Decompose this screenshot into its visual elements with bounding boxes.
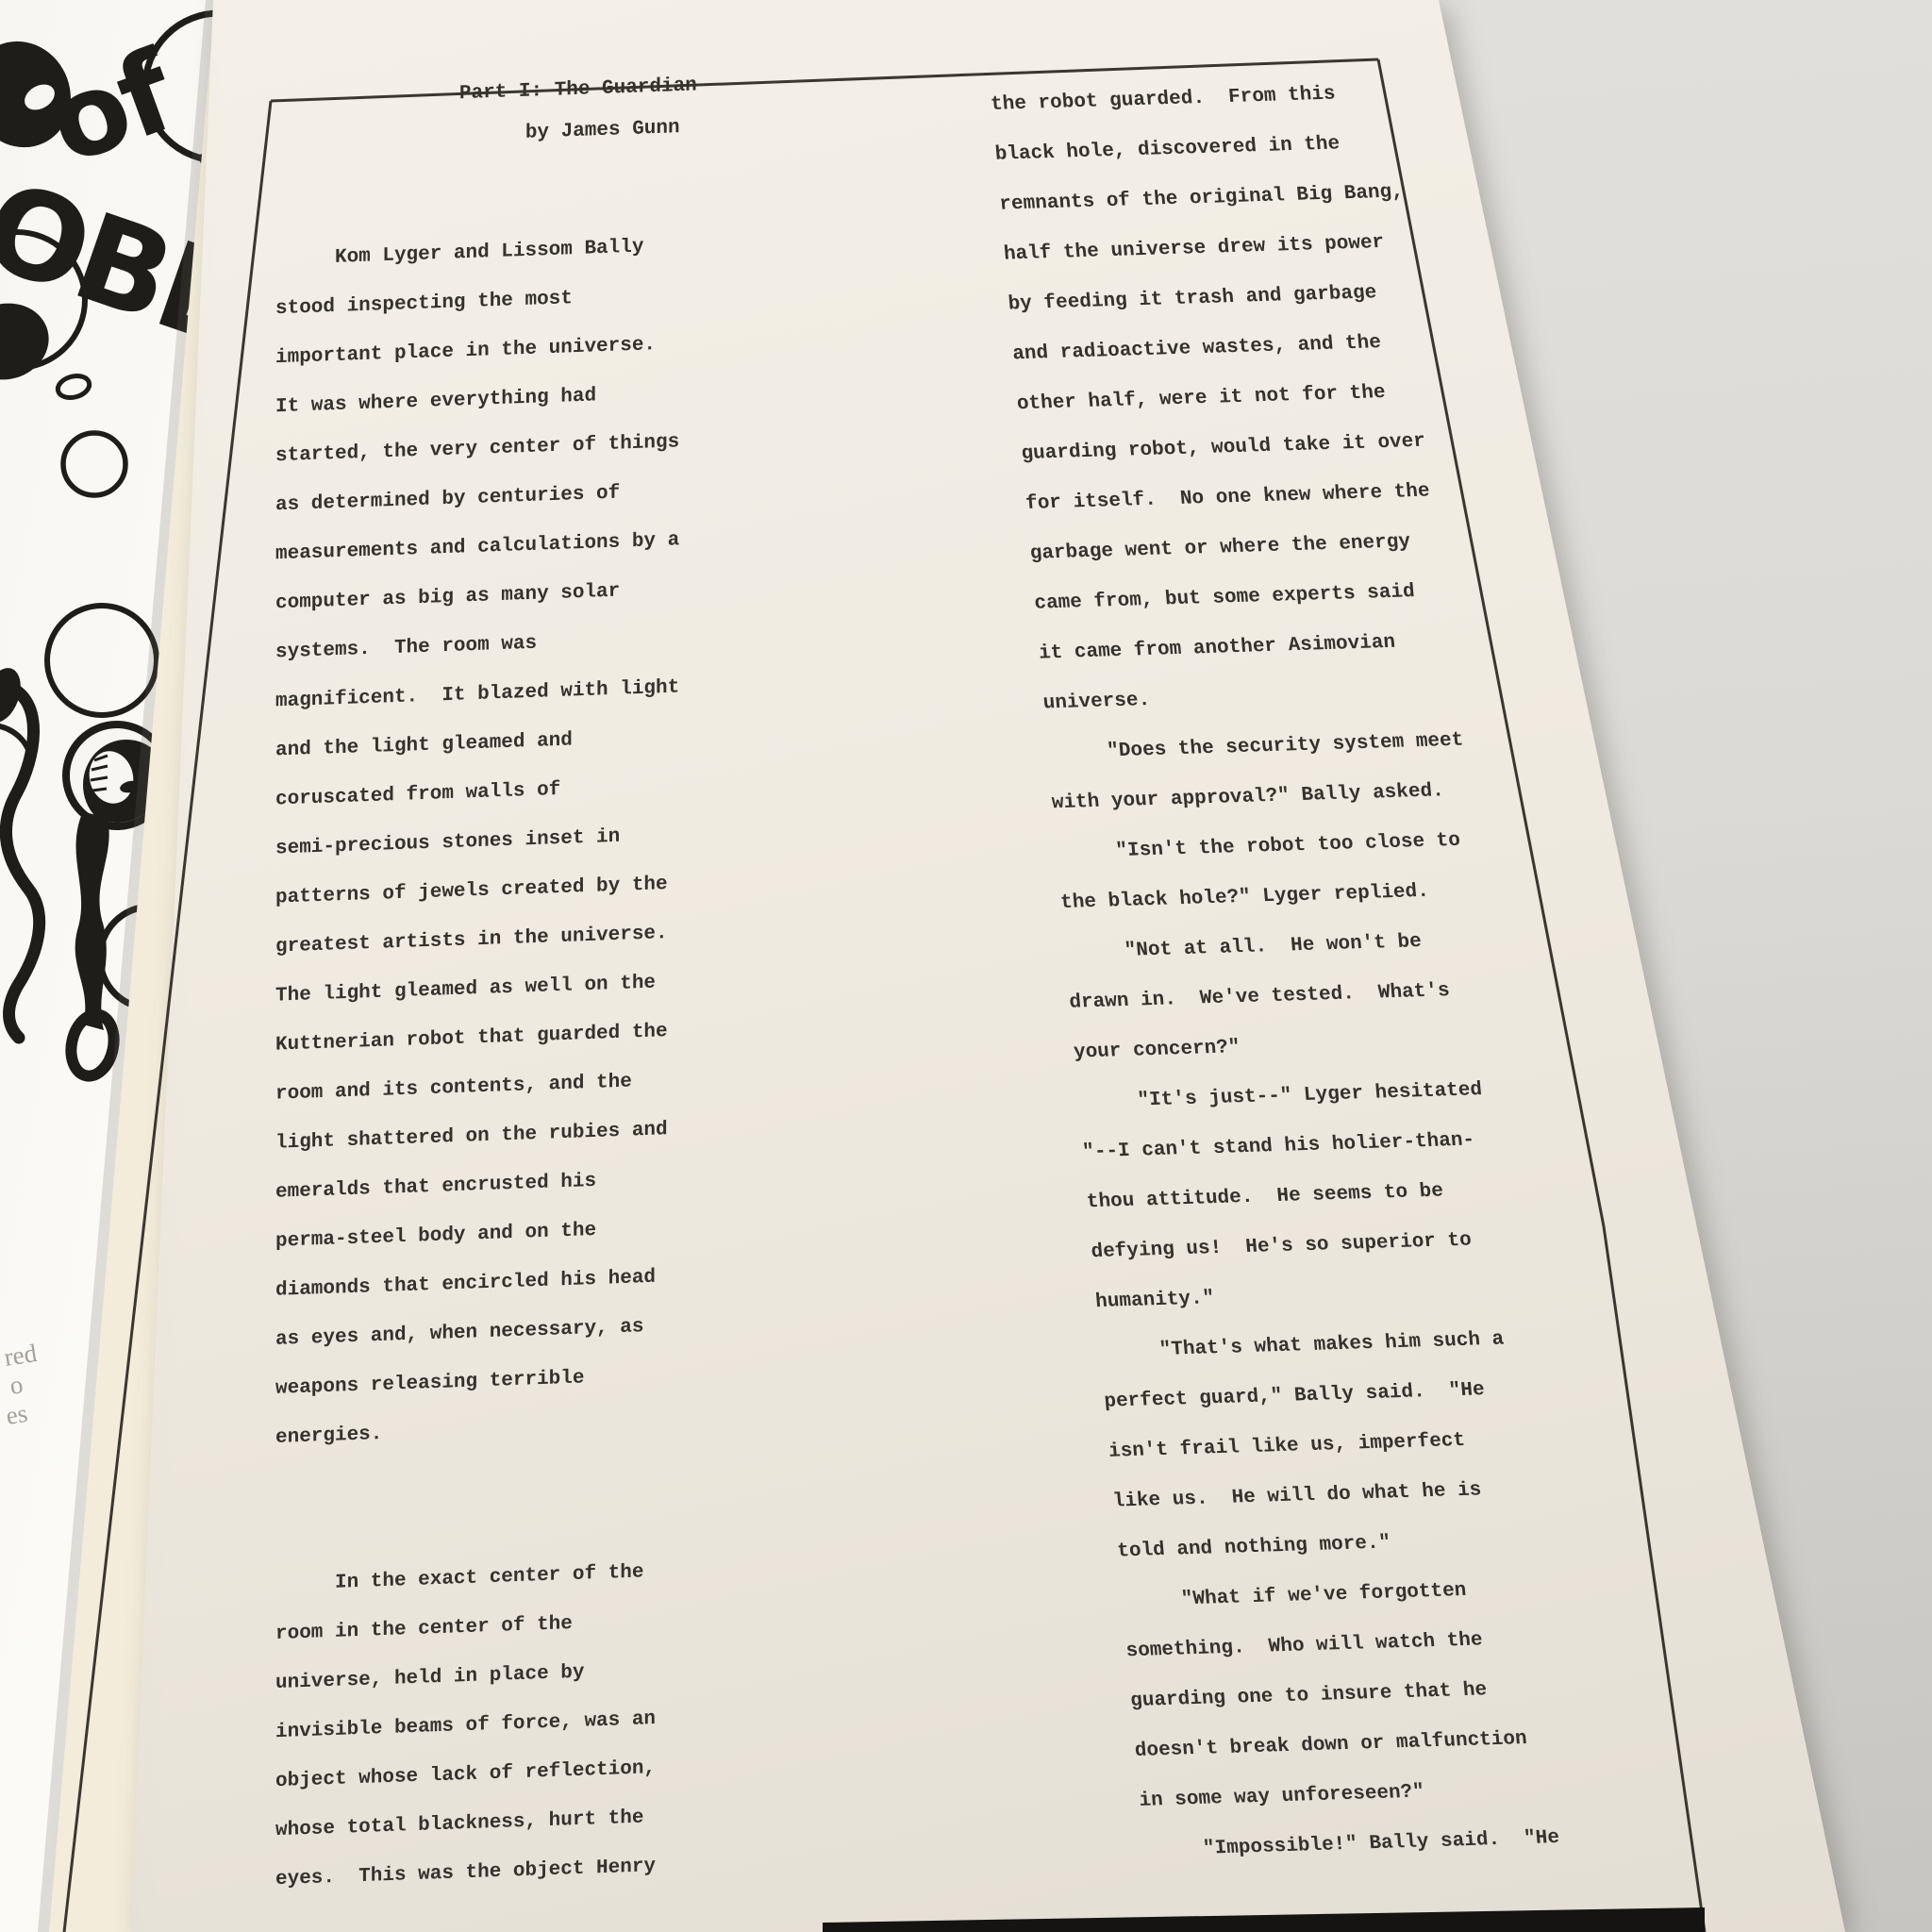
column-left: Part I: The Guardian by James Gunn Kom L… (275, 63, 766, 1905)
photo-of-zine-spread: of OBL (0, 0, 1932, 1932)
column-left-lines: Kom Lyger and Lissom Ballystood inspecti… (275, 219, 766, 1905)
